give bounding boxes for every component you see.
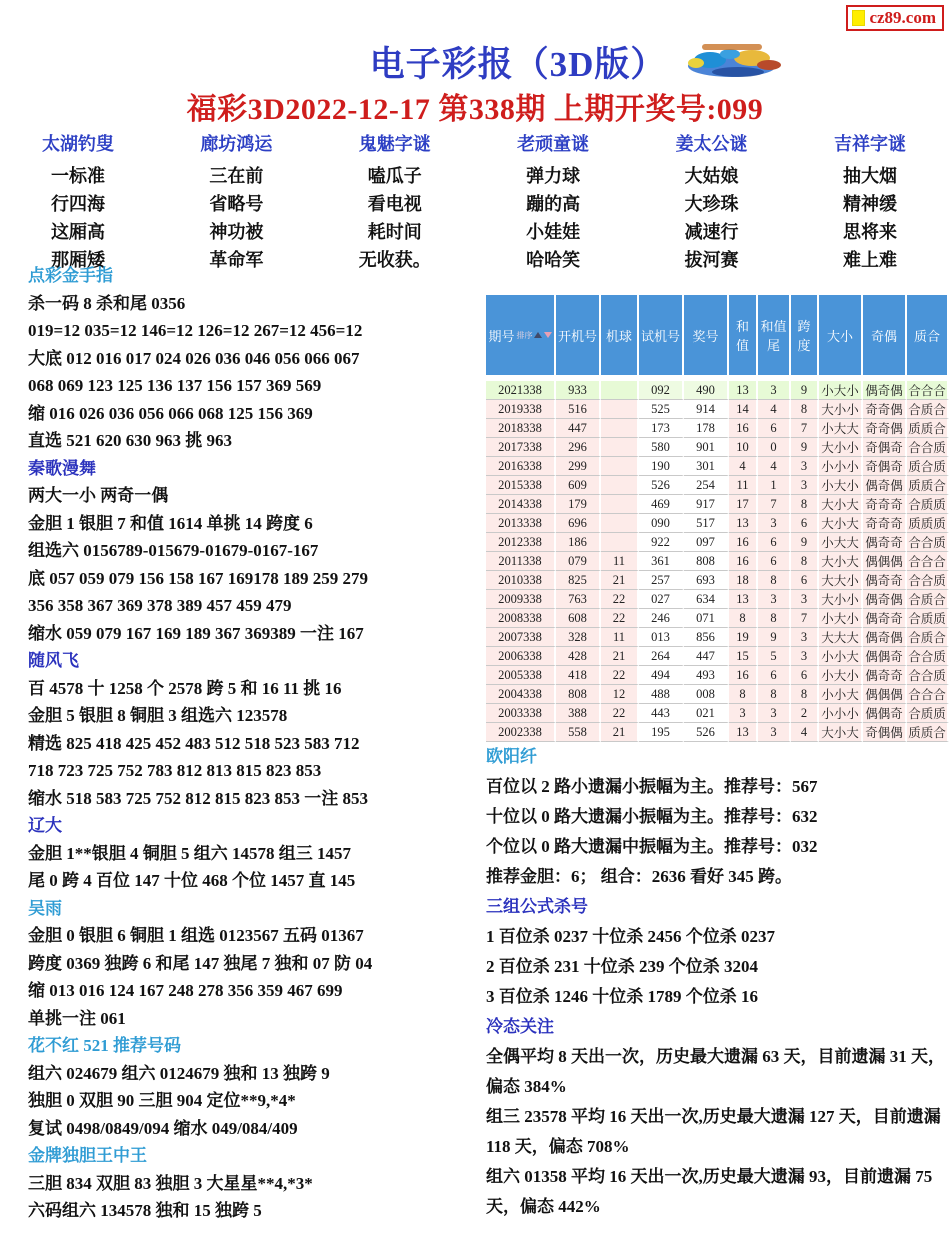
column-header-10: 奇偶: [863, 295, 907, 381]
table-cell: 808: [684, 552, 729, 571]
table-cell: 偶偶奇: [863, 704, 907, 723]
table-cell: 493: [684, 666, 729, 685]
section-line: 3 百位杀 1246 十位杀 1789 个位杀 16: [486, 982, 948, 1012]
table-cell: 13: [729, 590, 758, 609]
table-cell: 696: [556, 514, 601, 533]
section-line: 2 百位杀 231 十位杀 239 个位杀 3204: [486, 952, 948, 982]
section-line: 718 723 725 752 783 812 813 815 823 853: [28, 757, 486, 785]
section-line: 两大一小 两奇一偶: [28, 482, 486, 510]
table-cell: 质质合: [907, 723, 949, 742]
table-cell: 奇偶奇: [863, 457, 907, 476]
table-cell: 580: [639, 438, 684, 457]
section-line: 底 057 059 079 156 158 167 169178 189 259…: [28, 565, 486, 593]
table-cell: 1: [758, 476, 791, 495]
table-cell: 361: [639, 552, 684, 571]
section-line: 缩 013 016 124 167 248 278 356 359 467 69…: [28, 977, 486, 1005]
column-header-6: 和值: [729, 295, 758, 381]
table-row: 2011338079113618081668大小大偶偶偶合合合: [486, 552, 949, 571]
content-columns: 点彩金手指杀一码 8 杀和尾 0356019=12 035=12 146=12 …: [28, 262, 948, 1225]
riddle-line: 三在前: [188, 162, 284, 190]
table-cell: 13: [729, 514, 758, 533]
section-title: 金牌独胆王中王: [28, 1142, 486, 1170]
table-cell: 16: [729, 533, 758, 552]
table-cell: 808: [556, 685, 601, 704]
section-line: 组三 23578 平均 16 天出一次,历史最大遗漏 127 天，目前遗漏 11…: [486, 1102, 948, 1162]
table-cell: 257: [639, 571, 684, 590]
table-cell: 小大大: [819, 533, 863, 552]
masthead-logo-image: [680, 36, 790, 87]
section-line: 组六 01358 平均 16 天出一次,历史最大遗漏 93，目前遗漏 75 天，…: [486, 1162, 948, 1222]
sort-desc-icon[interactable]: [544, 332, 552, 338]
table-cell: 奇奇奇: [863, 495, 907, 514]
table-cell: 偶奇偶: [863, 476, 907, 495]
table-cell: 2007338: [486, 628, 556, 647]
section-title: 花不红 521 推荐号码: [28, 1032, 486, 1060]
table-cell: 9: [791, 438, 819, 457]
section-line: 1 百位杀 0237 十位杀 2456 个位杀 0237: [486, 922, 948, 952]
table-header-row: 期号排序开机号机球试机号奖号和值和值尾跨度大小奇偶质合: [486, 295, 949, 381]
table-cell: 偶奇偶: [863, 381, 907, 400]
table-cell: 027: [639, 590, 684, 609]
issue-subtitle: 福彩3D2022-12-17 第338期 上期开奖号:099: [0, 84, 950, 128]
left-section-5: 吴雨金胆 0 银胆 6 铜胆 1 组选 0123567 五码 01367跨度 0…: [28, 895, 486, 1033]
table-cell: 933: [556, 381, 601, 400]
table-cell: 2006338: [486, 647, 556, 666]
table-cell: 大小小: [819, 400, 863, 419]
table-cell: 偶偶偶: [863, 685, 907, 704]
table-cell: 偶奇偶: [863, 590, 907, 609]
riddle-line: 减速行: [664, 218, 760, 246]
table-cell: 13: [729, 381, 758, 400]
table-cell: 428: [556, 647, 601, 666]
section-title: 冷态关注: [486, 1012, 948, 1042]
table-cell: 609: [556, 476, 601, 495]
table-cell: 2017338: [486, 438, 556, 457]
riddle-title: 廊坊鸿运: [188, 130, 284, 156]
table-cell: 469: [639, 495, 684, 514]
section-line: 十位以 0 路大遗漏小振幅为主。推荐号：632: [486, 802, 948, 832]
table-cell: 17: [729, 495, 758, 514]
table-cell: 914: [684, 400, 729, 419]
section-title: 辽大: [28, 812, 486, 840]
section-line: 金胆 5 银胆 8 铜胆 3 组选六 123578: [28, 702, 486, 730]
table-cell: 合合质: [907, 533, 949, 552]
table-cell: 22: [601, 704, 639, 723]
table-cell: 大小大: [819, 723, 863, 742]
table-cell: 8: [791, 552, 819, 571]
left-section-6: 花不红 521 推荐号码组六 024679 组六 0124679 独和 13 独…: [28, 1032, 486, 1142]
table-row: 200833860822246071887小大小偶奇奇合质质: [486, 609, 949, 628]
table-cell: 合质质: [907, 609, 949, 628]
left-section-4: 辽大金胆 1**银胆 4 铜胆 5 组六 14578 组三 1457尾 0 跨 …: [28, 812, 486, 895]
table-cell: 490: [684, 381, 729, 400]
table-cell: 合合质: [907, 666, 949, 685]
table-cell: 奇奇偶: [863, 419, 907, 438]
riddle-line: 大珍珠: [664, 190, 760, 218]
table-cell: 013: [639, 628, 684, 647]
riddle-title: 老顽童谜: [505, 130, 601, 156]
riddle-column-5: 姜太公谜大姑娘大珍珠减速行拔河赛: [664, 130, 760, 274]
table-cell: 8: [758, 609, 791, 628]
table-cell: 14: [729, 400, 758, 419]
table-cell: 2018338: [486, 419, 556, 438]
table-cell: [601, 381, 639, 400]
table-cell: 8: [758, 685, 791, 704]
table-row: 20183384471731781667小大大奇奇偶质质合: [486, 419, 949, 438]
table-cell: 071: [684, 609, 729, 628]
column-header-1: 期号排序: [486, 295, 556, 381]
table-cell: 8: [729, 685, 758, 704]
sort-label: 排序: [517, 330, 533, 341]
right-sections: 欧阳纤百位以 2 路小遗漏小振幅为主。推荐号：567十位以 0 路大遗漏小振幅为…: [486, 742, 948, 1222]
table-cell: [601, 495, 639, 514]
table-cell: 6: [758, 552, 791, 571]
table-cell: 6: [758, 533, 791, 552]
badge-square-icon: [852, 10, 865, 26]
table-cell: 021: [684, 704, 729, 723]
table-cell: 693: [684, 571, 729, 590]
table-cell: 合合质: [907, 438, 949, 457]
table-cell: 4: [791, 723, 819, 742]
table-cell: 608: [556, 609, 601, 628]
table-cell: 2010338: [486, 571, 556, 590]
table-cell: 079: [556, 552, 601, 571]
table-cell: 质质合: [907, 419, 949, 438]
riddle-line: 这厢高: [30, 218, 126, 246]
table-cell: 小小大: [819, 685, 863, 704]
table-cell: 2005338: [486, 666, 556, 685]
riddle-title: 姜太公谜: [664, 130, 760, 156]
section-line: 019=12 035=12 146=12 126=12 267=12 456=1…: [28, 317, 486, 345]
table-row: 20133386960905171336大小大奇奇奇质质质: [486, 514, 949, 533]
table-cell: 9: [758, 628, 791, 647]
table-cell: 大小大: [819, 552, 863, 571]
table-cell: 3: [758, 723, 791, 742]
table-cell: 3: [791, 628, 819, 647]
section-line: 六码组六 134578 独和 15 独跨 5: [28, 1197, 486, 1225]
table-cell: 偶奇奇: [863, 609, 907, 628]
page-title: 电子彩报（3D版）: [370, 37, 667, 87]
table-cell: 合合合: [907, 685, 949, 704]
riddle-title: 吉祥字谜: [822, 130, 918, 156]
table-cell: 小小小: [819, 704, 863, 723]
table-cell: 大小小: [819, 438, 863, 457]
column-header-label: 期号: [488, 326, 514, 345]
table-cell: 11: [601, 628, 639, 647]
table-cell: [601, 419, 639, 438]
table-cell: [601, 400, 639, 419]
table-cell: 奇奇偶: [863, 400, 907, 419]
column-header-7: 和值尾: [758, 295, 791, 381]
table-cell: 526: [639, 476, 684, 495]
section-line: 金胆 1 银胆 7 和值 1614 单挑 14 跨度 6: [28, 510, 486, 538]
table-cell: 22: [601, 666, 639, 685]
table-cell: 2009338: [486, 590, 556, 609]
left-section-2: 秦歌漫舞两大一小 两奇一偶金胆 1 银胆 7 和值 1614 单挑 14 跨度 …: [28, 455, 486, 648]
table-cell: 6: [791, 514, 819, 533]
table-cell: 偶奇奇: [863, 666, 907, 685]
table-cell: 偶偶奇: [863, 647, 907, 666]
section-line: 直选 521 620 630 963 挑 963: [28, 427, 486, 455]
right-section-1: 欧阳纤百位以 2 路小遗漏小振幅为主。推荐号：567十位以 0 路大遗漏小振幅为…: [486, 742, 948, 892]
table-cell: 22: [601, 590, 639, 609]
section-line: 百位以 2 路小遗漏小振幅为主。推荐号：567: [486, 772, 948, 802]
table-row: 20193385165259141448大小小奇奇偶合质合: [486, 400, 949, 419]
riddle-column-2: 廊坊鸿运三在前省略号神功被革命军: [188, 130, 284, 274]
section-line: 组选六 0156789-015679-01679-0167-167: [28, 537, 486, 565]
table-cell: 186: [556, 533, 601, 552]
table-cell: 11: [729, 476, 758, 495]
table-cell: 3: [791, 457, 819, 476]
section-line: 356 358 367 369 378 389 457 459 479: [28, 592, 486, 620]
table-cell: 418: [556, 666, 601, 685]
table-row: 20143381794699171778大小大奇奇奇合质质: [486, 495, 949, 514]
column-header-8: 跨度: [791, 295, 819, 381]
table-cell: 558: [556, 723, 601, 742]
section-line: 金胆 1**银胆 4 铜胆 5 组六 14578 组三 1457: [28, 840, 486, 868]
table-cell: 15: [729, 647, 758, 666]
table-cell: 9: [791, 381, 819, 400]
table-cell: 7: [791, 419, 819, 438]
table-cell: 18: [729, 571, 758, 590]
section-line: 全偶平均 8 天出一次，历史最大遗漏 63 天，目前遗漏 31 天，偏态 384…: [486, 1042, 948, 1102]
table-cell: 21: [601, 571, 639, 590]
section-title: 点彩金手指: [28, 262, 486, 290]
table-cell: 388: [556, 704, 601, 723]
table-cell: 922: [639, 533, 684, 552]
table-cell: 奇偶奇: [863, 438, 907, 457]
table-cell: 525: [639, 400, 684, 419]
table-cell: [601, 514, 639, 533]
table-cell: 246: [639, 609, 684, 628]
column-header-9: 大小: [819, 295, 863, 381]
riddle-line: 神功被: [188, 218, 284, 246]
riddle-line: 大姑娘: [664, 162, 760, 190]
table-cell: 小大大: [819, 419, 863, 438]
section-line: 百 4578 十 1258 个 2578 跨 5 和 16 11 挑 16: [28, 675, 486, 703]
table-cell: 2: [791, 704, 819, 723]
right-section-2: 三组公式杀号1 百位杀 0237 十位杀 2456 个位杀 02372 百位杀 …: [486, 892, 948, 1012]
riddle-line: 蹦的高: [505, 190, 601, 218]
history-table: 期号排序开机号机球试机号奖号和值和值尾跨度大小奇偶质合 202133893309…: [486, 295, 949, 742]
table-cell: 质质质: [907, 514, 949, 533]
section-line: 独胆 0 双胆 90 三胆 904 定位**9,*4*: [28, 1087, 486, 1115]
section-line: 跨度 0369 独跨 6 和尾 147 独尾 7 独和 07 防 04: [28, 950, 486, 978]
section-line: 复试 0498/0849/094 缩水 049/084/409: [28, 1115, 486, 1143]
table-cell: [601, 476, 639, 495]
table-cell: 小大小: [819, 476, 863, 495]
riddle-grid: 太湖钓叟一标准行四海这厢高那厢矮廊坊鸿运三在前省略号神功被革命军鬼魅字谜嗑瓜子看…: [30, 130, 918, 274]
column-header-3: 机球: [601, 295, 639, 381]
section-line: 缩水 518 583 725 752 812 815 823 853 一注 85…: [28, 785, 486, 813]
section-line: 个位以 0 路大遗漏中振幅为主。推荐号：032: [486, 832, 948, 862]
table-cell: 3: [758, 704, 791, 723]
sort-control[interactable]: 排序: [517, 330, 552, 341]
table-cell: 488: [639, 685, 684, 704]
table-row: 2010338825212576931886大大小偶奇奇合合质: [486, 571, 949, 590]
riddle-line: 思将来: [822, 218, 918, 246]
table-cell: 9: [791, 533, 819, 552]
table-cell: 16: [729, 419, 758, 438]
table-cell: 大小小: [819, 590, 863, 609]
table-cell: 小大小: [819, 609, 863, 628]
table-cell: 7: [758, 495, 791, 514]
section-line: 单挑一注 061: [28, 1005, 486, 1033]
table-cell: 质合质: [907, 457, 949, 476]
masthead: 电子彩报（3D版）: [0, 36, 950, 87]
table-cell: 合合质: [907, 571, 949, 590]
table-cell: 179: [556, 495, 601, 514]
column-header-4: 试机号: [639, 295, 684, 381]
table-cell: 328: [556, 628, 601, 647]
section-line: 尾 0 跨 4 百位 147 十位 468 个位 1457 直 145: [28, 867, 486, 895]
table-cell: 大大大: [819, 628, 863, 647]
left-section-1: 点彩金手指杀一码 8 杀和尾 0356019=12 035=12 146=12 …: [28, 262, 486, 455]
riddle-column-4: 老顽童谜弹力球蹦的高小娃娃哈哈笑: [505, 130, 601, 274]
table-cell: 3: [791, 647, 819, 666]
sort-asc-icon[interactable]: [534, 332, 542, 338]
table-cell: 517: [684, 514, 729, 533]
table-cell: 901: [684, 438, 729, 457]
table-cell: 264: [639, 647, 684, 666]
table-cell: 2013338: [486, 514, 556, 533]
table-cell: 494: [639, 666, 684, 685]
section-line: 缩水 059 079 167 169 189 367 369389 一注 167: [28, 620, 486, 648]
table-cell: 2002338: [486, 723, 556, 742]
column-header-2: 开机号: [556, 295, 601, 381]
table-cell: 008: [684, 685, 729, 704]
riddle-line: 一标准: [30, 162, 126, 190]
table-cell: 小小小: [819, 457, 863, 476]
section-line: 精选 825 418 425 452 483 512 518 523 583 7…: [28, 730, 486, 758]
column-header-11: 质合: [907, 295, 949, 381]
table-cell: 195: [639, 723, 684, 742]
left-section-7: 金牌独胆王中王三胆 834 双胆 83 独胆 3 大星星**4,*3*六码组六 …: [28, 1142, 486, 1225]
table-cell: 合合合: [907, 381, 949, 400]
section-title: 欧阳纤: [486, 742, 948, 772]
table-cell: 偶奇奇: [863, 571, 907, 590]
table-cell: 16: [729, 666, 758, 685]
table-row: 200333838822443021332小小小偶偶奇合质质: [486, 704, 949, 723]
table-cell: 856: [684, 628, 729, 647]
section-line: 推荐金胆：6； 组合：2636 看好 345 跨。: [486, 862, 948, 892]
table-row: 20173382965809011009大小小奇偶奇合合质: [486, 438, 949, 457]
riddle-title: 鬼魅字谜: [347, 130, 443, 156]
table-cell: [601, 438, 639, 457]
riddle-line: 小娃娃: [505, 218, 601, 246]
table-cell: 8: [791, 495, 819, 514]
table-cell: 917: [684, 495, 729, 514]
table-cell: [601, 533, 639, 552]
section-line: 金胆 0 银胆 6 铜胆 1 组选 0123567 五码 01367: [28, 922, 486, 950]
section-title: 秦歌漫舞: [28, 455, 486, 483]
table-cell: 516: [556, 400, 601, 419]
riddle-line: 省略号: [188, 190, 284, 218]
riddle-column-3: 鬼魅字谜嗑瓜子看电视耗时间无收获。: [347, 130, 443, 274]
section-line: 三胆 834 双胆 83 独胆 3 大星星**4,*3*: [28, 1170, 486, 1198]
table-cell: 190: [639, 457, 684, 476]
table-cell: 10: [729, 438, 758, 457]
table-cell: 2011338: [486, 552, 556, 571]
table-cell: 8: [791, 400, 819, 419]
table-cell: 634: [684, 590, 729, 609]
table-cell: 2016338: [486, 457, 556, 476]
table-cell: 6: [791, 666, 819, 685]
table-row: 2005338418224944931666小大小偶奇奇合合质: [486, 666, 949, 685]
table-cell: 092: [639, 381, 684, 400]
riddle-column-1: 太湖钓叟一标准行四海这厢高那厢矮: [30, 130, 126, 274]
table-cell: 奇偶偶: [863, 723, 907, 742]
table-cell: 合质合: [907, 400, 949, 419]
table-cell: 8: [791, 685, 819, 704]
table-cell: 合质质: [907, 495, 949, 514]
section-title: 三组公式杀号: [486, 892, 948, 922]
table-cell: 3: [791, 476, 819, 495]
section-line: 组六 024679 组六 0124679 独和 13 独跨 9: [28, 1060, 486, 1088]
column-header-5: 奖号: [684, 295, 729, 381]
table-cell: 5: [758, 647, 791, 666]
table-row: 2016338299190301443小小小奇偶奇质合质: [486, 457, 949, 476]
table-cell: 3: [791, 590, 819, 609]
table-cell: 21: [601, 723, 639, 742]
table-cell: 小大小: [819, 381, 863, 400]
table-cell: 3: [729, 704, 758, 723]
table-row: 2009338763220276341333大小小偶奇偶合质合: [486, 590, 949, 609]
table-cell: 447: [556, 419, 601, 438]
site-badge[interactable]: cz89.com: [846, 5, 944, 31]
riddle-title: 太湖钓叟: [30, 130, 126, 156]
table-row: 2007338328110138561993大大大偶奇偶合质合: [486, 628, 949, 647]
lottery-bulletin-page: cz89.com 电子彩报（3D版） 福彩3D2022-12-17 第338期 …: [0, 0, 950, 1247]
riddle-line: 弹力球: [505, 162, 601, 190]
right-column: 期号排序开机号机球试机号奖号和值和值尾跨度大小奇偶质合 202133893309…: [486, 262, 948, 1225]
riddle-line: 耗时间: [347, 218, 443, 246]
table-cell: 447: [684, 647, 729, 666]
table-cell: 大大小: [819, 571, 863, 590]
table-cell: 178: [684, 419, 729, 438]
table-cell: 合合合: [907, 552, 949, 571]
table-cell: 2008338: [486, 609, 556, 628]
table-cell: 6: [791, 571, 819, 590]
table-cell: 大小大: [819, 495, 863, 514]
table-cell: 12: [601, 685, 639, 704]
riddle-line: 精神缓: [822, 190, 918, 218]
table-cell: 21: [601, 647, 639, 666]
table-cell: 16: [729, 552, 758, 571]
table-cell: 6: [758, 419, 791, 438]
table-cell: 合合质: [907, 647, 949, 666]
table-row: 2006338428212644471553小小大偶偶奇合合质: [486, 647, 949, 666]
table-cell: 8: [729, 609, 758, 628]
table-cell: 合质合: [907, 628, 949, 647]
table-cell: 偶奇奇: [863, 533, 907, 552]
table-row: 20153386095262541113小大小偶奇偶质质合: [486, 476, 949, 495]
table-cell: 4: [729, 457, 758, 476]
riddle-line: 嗑瓜子: [347, 162, 443, 190]
riddle-column-6: 吉祥字谜抽大烟精神缓思将来难上难: [822, 130, 918, 274]
table-cell: 小小大: [819, 647, 863, 666]
table-cell: 443: [639, 704, 684, 723]
riddle-line: 看电视: [347, 190, 443, 218]
table-cell: 173: [639, 419, 684, 438]
table-cell: 3: [758, 590, 791, 609]
section-line: 缩 016 026 036 056 066 068 125 156 369: [28, 400, 486, 428]
table-cell: 3: [758, 381, 791, 400]
table-cell: 7: [791, 609, 819, 628]
table-cell: 825: [556, 571, 601, 590]
table-cell: 090: [639, 514, 684, 533]
table-cell: 097: [684, 533, 729, 552]
